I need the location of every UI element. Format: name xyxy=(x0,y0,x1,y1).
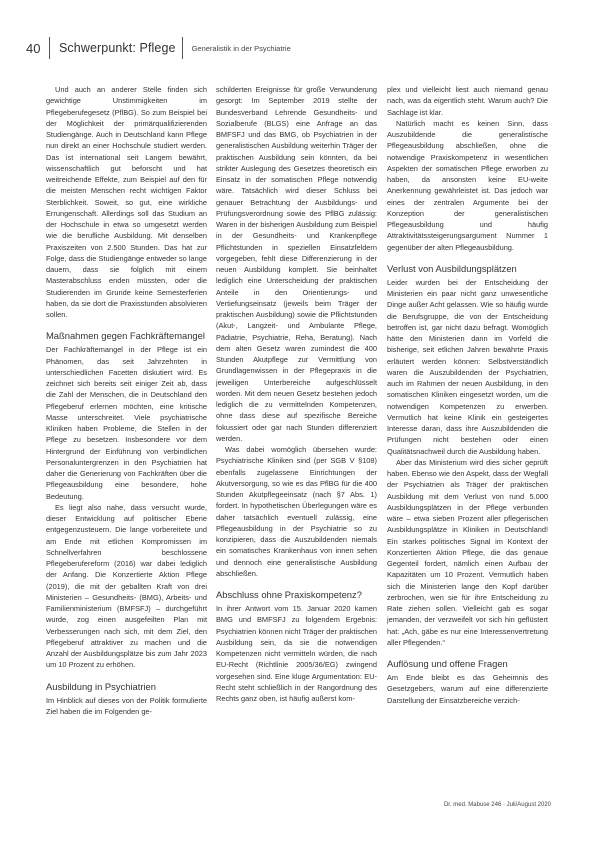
paragraph: Leider wurden bei der Entscheidung der M… xyxy=(387,277,548,457)
paragraph: Und auch an anderer Stelle finden sich g… xyxy=(46,84,207,320)
paragraph: schilderten Ereignisse für große Verwund… xyxy=(216,84,377,444)
paragraph: Am Ende bleibt es das Geheimnis des Gese… xyxy=(387,672,548,706)
text-column-2: schilderten Ereignisse für große Verwund… xyxy=(216,84,377,704)
section-title: Schwerpunkt: Pflege xyxy=(59,41,176,55)
subheading: Maßnahmen gegen Fachkräftemangel xyxy=(46,330,207,342)
paragraph: Der Fachkräftemangel in der Pflege ist e… xyxy=(46,344,207,502)
paragraph: Im Hinblick auf dieses von der Politik f… xyxy=(46,695,207,718)
paragraph: Es liegt also nahe, dass versucht wurde,… xyxy=(46,502,207,671)
text-column-1: Und auch an anderer Stelle finden sich g… xyxy=(46,84,207,717)
header-divider xyxy=(49,37,50,59)
subheading: Abschluss ohne Praxiskompetenz? xyxy=(216,589,377,601)
paragraph: Natürlich macht es keinen Sinn, dass Aus… xyxy=(387,118,548,253)
paragraph: plex und vielleicht liest auch niemand g… xyxy=(387,84,548,118)
paragraph: In ihrer Antwort vom 15. Januar 2020 kam… xyxy=(216,603,377,704)
topic-title: Generalistik in der Psychiatrie xyxy=(192,44,291,53)
subheading: Verlust von Ausbildungsplätzen xyxy=(387,263,548,275)
page-number: 40 xyxy=(26,41,43,56)
subheading: Ausbildung in Psychiatrien xyxy=(46,681,207,693)
text-column-3: plex und vielleicht liest auch niemand g… xyxy=(387,84,548,706)
page-footer: Dr. med. Mabuse 246 · Juli/August 2020 xyxy=(380,802,551,808)
subheading: Auflösung und offene Fragen xyxy=(387,658,548,670)
paragraph: Aber das Ministerium wird dies sicher ge… xyxy=(387,457,548,648)
paragraph: Was dabei womöglich übersehen wurde: Psy… xyxy=(216,444,377,579)
header-divider xyxy=(182,37,183,59)
running-header: 40 Schwerpunkt: Pflege Generalistik in d… xyxy=(26,38,291,58)
